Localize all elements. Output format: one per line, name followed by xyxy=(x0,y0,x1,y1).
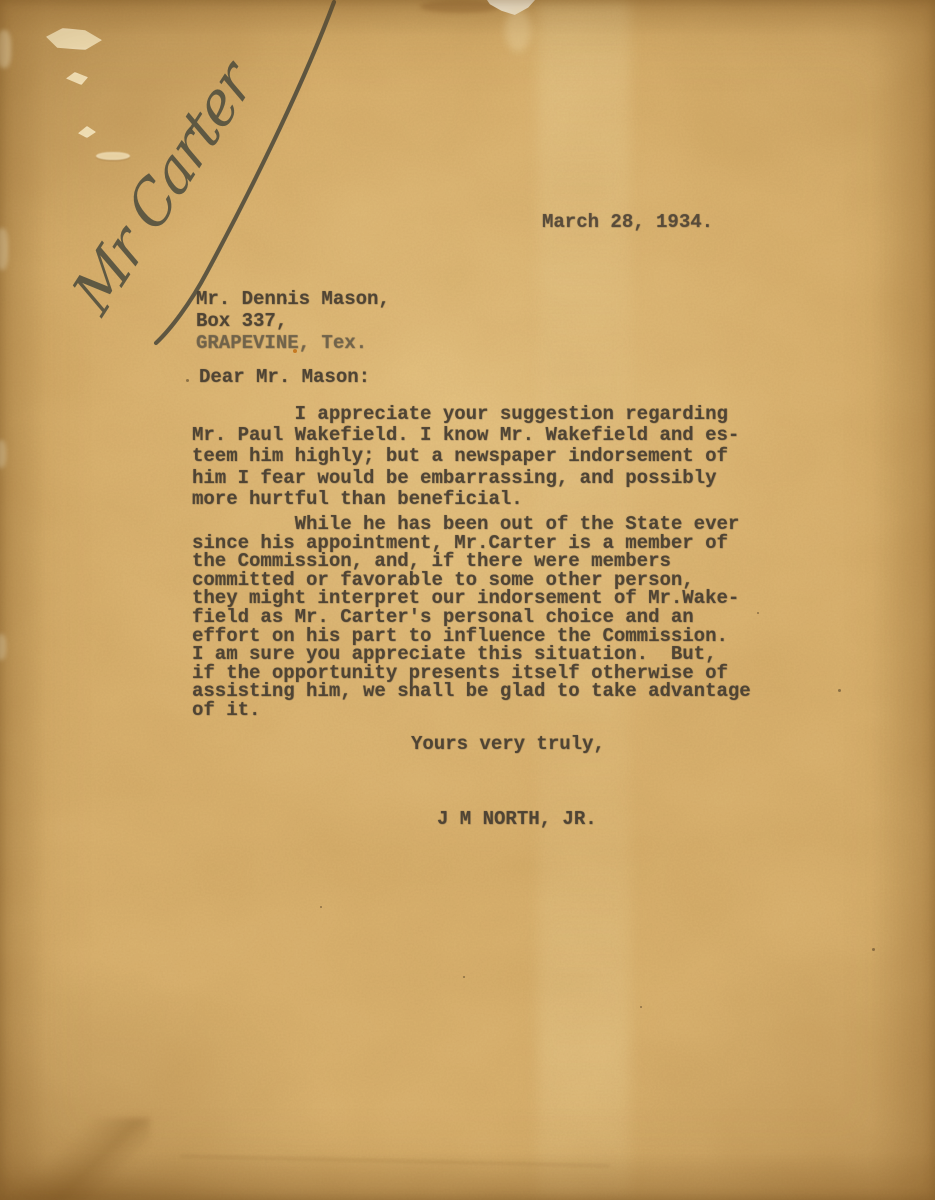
scan-vignette xyxy=(0,0,935,1200)
letter-page: March 28, 1934. Mr. Dennis Mason, Box 33… xyxy=(0,0,935,1200)
